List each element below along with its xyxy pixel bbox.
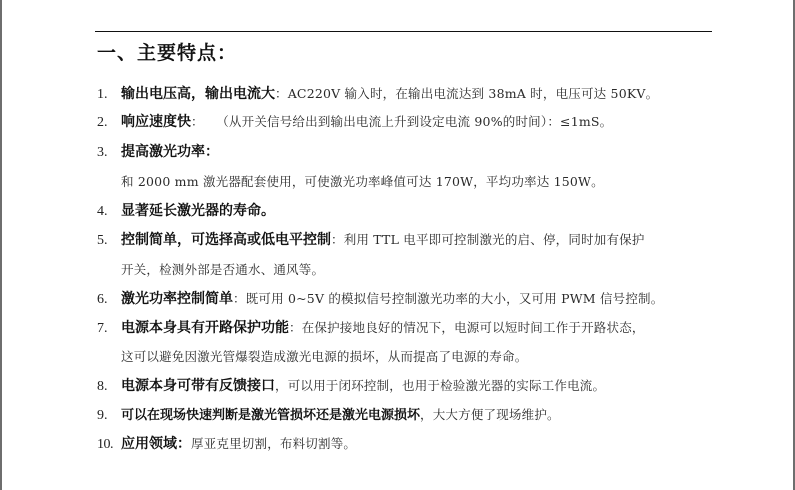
feature-item-3: 3.提高激光功率： bbox=[97, 143, 219, 162]
item-separator: ： bbox=[191, 114, 204, 129]
item-separator: ： bbox=[233, 291, 246, 306]
item-separator: ： bbox=[289, 320, 302, 335]
feature-item-9: 9.可以在现场快速判断是激光管损坏还是激光电源损坏，大大方便了现场维护。 bbox=[97, 406, 560, 425]
header-rule bbox=[95, 31, 712, 32]
item-title: 控制简单，可选择高或低电平控制 bbox=[121, 232, 331, 248]
item-text: 利用 TTL 电平即可控制激光的启、停，同时加有保护 bbox=[344, 232, 645, 247]
item-number: 5. bbox=[97, 232, 121, 250]
item-number: 9. bbox=[97, 407, 121, 425]
item-title: 电源本身具有开路保护功能 bbox=[121, 320, 289, 336]
item-3-continuation: 和 2000 mm 激光器配套使用，可使激光功率峰值可达 170W，平均功率达 … bbox=[121, 173, 604, 191]
feature-item-1: 1.输出电压高，输出电流大：AC220V 输入时，在输出电流达到 38mA 时，… bbox=[97, 85, 658, 104]
item-title: 激光功率控制简单 bbox=[121, 291, 233, 307]
item-title: 响应速度快 bbox=[121, 114, 191, 130]
item-title: 应用领域： bbox=[121, 436, 191, 452]
item-separator: ： bbox=[275, 86, 288, 101]
item-number: 8. bbox=[97, 378, 121, 396]
item-7-continuation: 这可以避免因激光管爆裂造成激光电源的损坏，从而提高了电源的寿命。 bbox=[121, 348, 527, 366]
item-title: 显著延长激光器的寿命。 bbox=[121, 203, 275, 219]
item-number: 1. bbox=[97, 86, 121, 104]
feature-item-8: 8.电源本身可带有反馈接口，可以用于闭环控制，也用于检验激光器的实际工作电流。 bbox=[97, 377, 605, 396]
feature-item-7: 7.电源本身具有开路保护功能：在保护接地良好的情况下，电源可以短时间工作于开路状… bbox=[97, 319, 645, 338]
item-text: 可以用于闭环控制，也用于检验激光器的实际工作电流。 bbox=[288, 378, 606, 393]
item-number: 7. bbox=[97, 320, 121, 338]
item-number: 6. bbox=[97, 291, 121, 309]
item-text: 大大方便了现场维护。 bbox=[433, 407, 560, 422]
item-title: 可以在现场快速判断是激光管损坏还是激光电源损坏 bbox=[121, 408, 420, 423]
document-page: 一、主要特点： 1.输出电压高，输出电流大：AC220V 输入时，在输出电流达到… bbox=[0, 0, 795, 490]
item-text: 既可用 0~5V 的模拟信号控制激光功率的大小，又可用 PWM 信号控制。 bbox=[246, 291, 664, 306]
feature-item-2: 2.响应速度快： （从开关信号给出到输出电流上升到设定电流 90%的时间）：≤1… bbox=[97, 113, 612, 132]
feature-item-10: 10.应用领域：厚亚克里切割，布料切割等。 bbox=[97, 435, 356, 454]
item-separator: ， bbox=[275, 378, 288, 393]
item-text: 在保护接地良好的情况下，电源可以短时间工作于开路状态， bbox=[302, 320, 645, 335]
item-number: 3. bbox=[97, 144, 121, 162]
section-heading: 一、主要特点： bbox=[97, 38, 237, 65]
item-text: （从开关信号给出到输出电流上升到设定电流 90%的时间）：≤1mS。 bbox=[204, 114, 613, 129]
item-number: 2. bbox=[97, 114, 121, 132]
item-number: 4. bbox=[97, 203, 121, 221]
item-5-continuation: 开关，检测外部是否通水、通风等。 bbox=[121, 261, 324, 279]
feature-item-5: 5.控制简单，可选择高或低电平控制：利用 TTL 电平即可控制激光的启、停，同时… bbox=[97, 231, 645, 250]
item-text: AC220V 输入时，在输出电流达到 38mA 时，电压可达 50KV。 bbox=[288, 86, 659, 101]
feature-item-4: 4.显著延长激光器的寿命。 bbox=[97, 202, 275, 221]
feature-item-6: 6.激光功率控制简单：既可用 0~5V 的模拟信号控制激光功率的大小，又可用 P… bbox=[97, 290, 663, 309]
item-text: 厚亚克里切割，布料切割等。 bbox=[191, 436, 356, 451]
item-separator: ： bbox=[331, 232, 344, 247]
item-separator: ， bbox=[420, 407, 433, 422]
item-title: 电源本身可带有反馈接口 bbox=[121, 378, 275, 394]
item-title: 输出电压高，输出电流大 bbox=[121, 86, 275, 102]
item-title: 提高激光功率： bbox=[121, 144, 219, 160]
item-number: 10. bbox=[97, 436, 121, 454]
